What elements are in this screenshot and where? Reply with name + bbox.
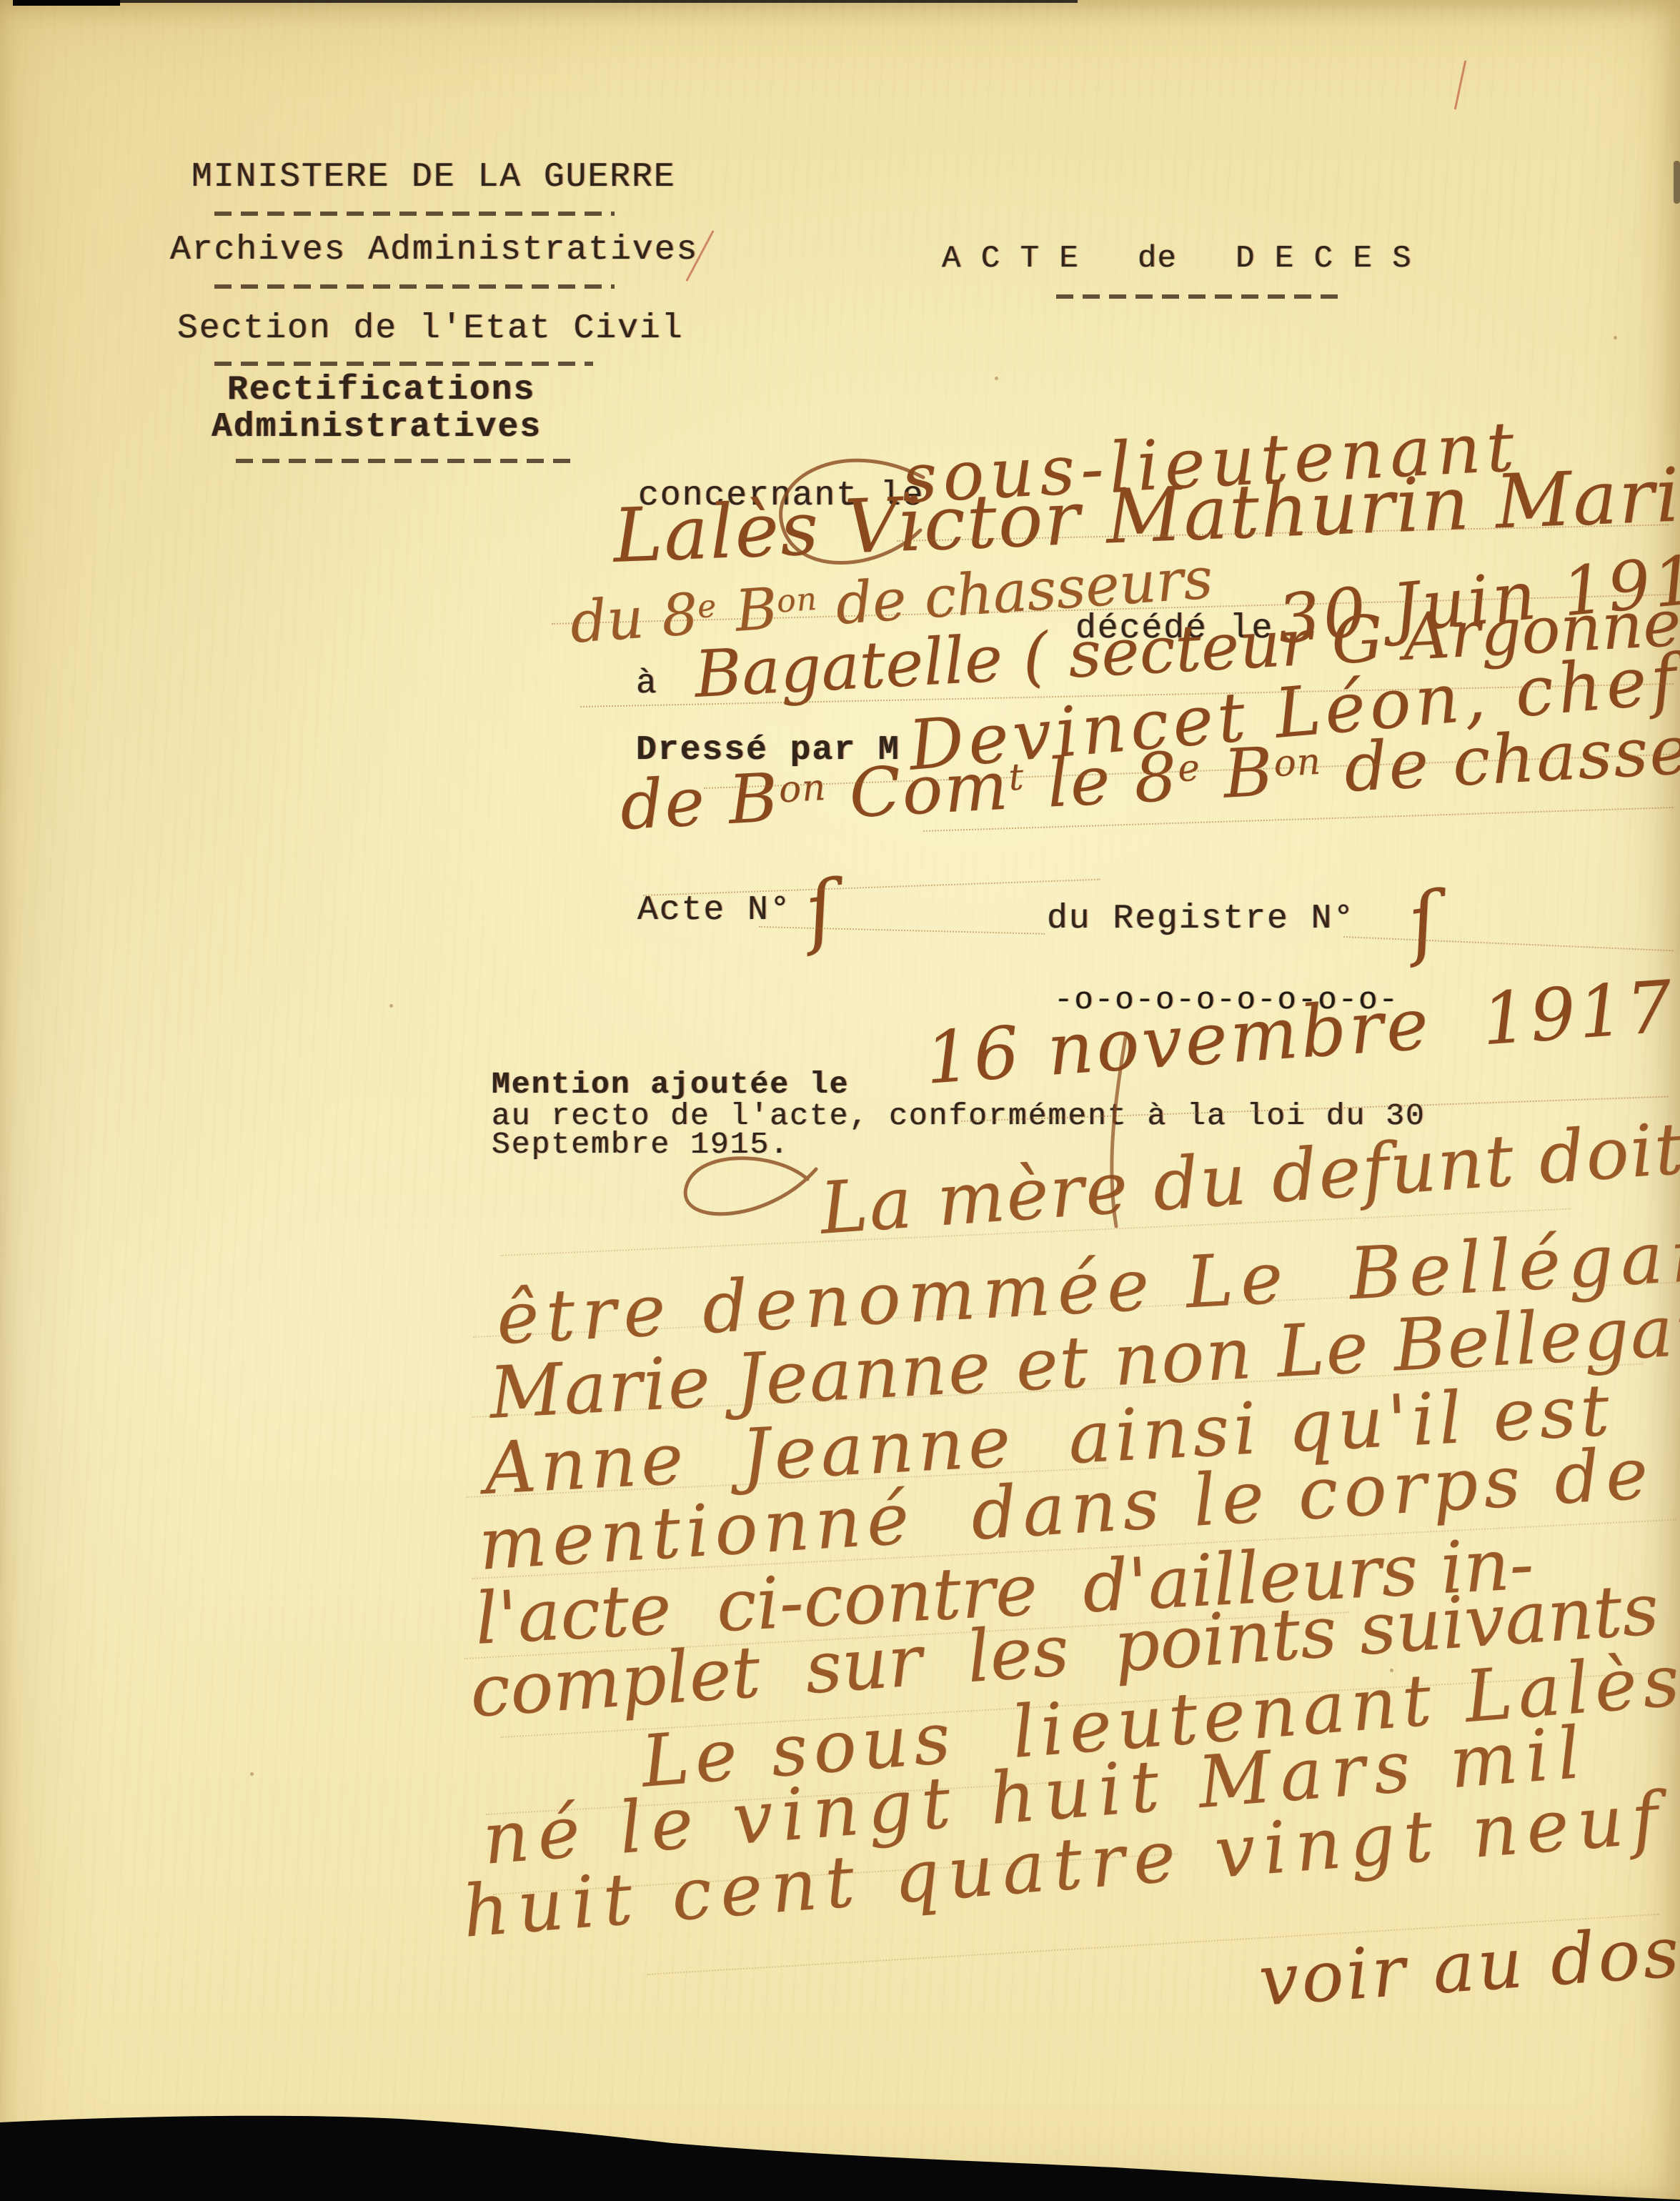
lieu-label: à [636,667,658,701]
mention-added-label: Mention ajoutée le [492,1069,849,1100]
hw-role-part: de B [618,759,781,845]
hw-unit-part: du 8 [568,581,700,656]
paper-speck [389,1004,393,1008]
paper-speck [1614,336,1617,339]
paper-speck [995,377,998,380]
letterhead-section: Section de l'Etat Civil [177,312,684,346]
letterhead-sub2: Administratives [212,410,542,444]
scan-edge-top [13,0,1078,3]
scan-edge-top-corner [13,0,120,6]
dashed-rule [1056,294,1342,299]
paper-speck [250,1772,254,1776]
hw-role-part: B [1198,733,1276,815]
acte-no-label: Acte N° [637,893,792,928]
paper-speck [1390,1669,1393,1672]
dashed-rule [236,459,579,463]
dashed-rule [214,362,593,366]
letterhead-sub1: Rectifications [227,373,535,407]
scanned-document-page: MINISTERE DE LA GUERRE Archives Administ… [0,0,1680,2201]
hw-role-sup: e [1177,747,1202,791]
hw-role-part: Com [825,747,1011,835]
registre-no-label: du Registre N° [1047,902,1355,936]
hw-role-sup: on [777,766,827,811]
document-title: A C T E de D E C E S [942,243,1412,274]
letterhead-ministry: MINISTERE DE LA GUERRE [192,160,676,194]
hw-role-sup: on [1273,740,1322,785]
hw-unit-sup: on [775,581,818,620]
dashed-rule [214,212,615,216]
hw-role-part: le 8 [1023,738,1181,824]
scan-edge-mark [1674,161,1680,204]
letterhead-dept: Archives Administratives [170,233,698,267]
mention-line3: Septembre 1915. [492,1129,790,1160]
dashed-rule [214,284,615,289]
